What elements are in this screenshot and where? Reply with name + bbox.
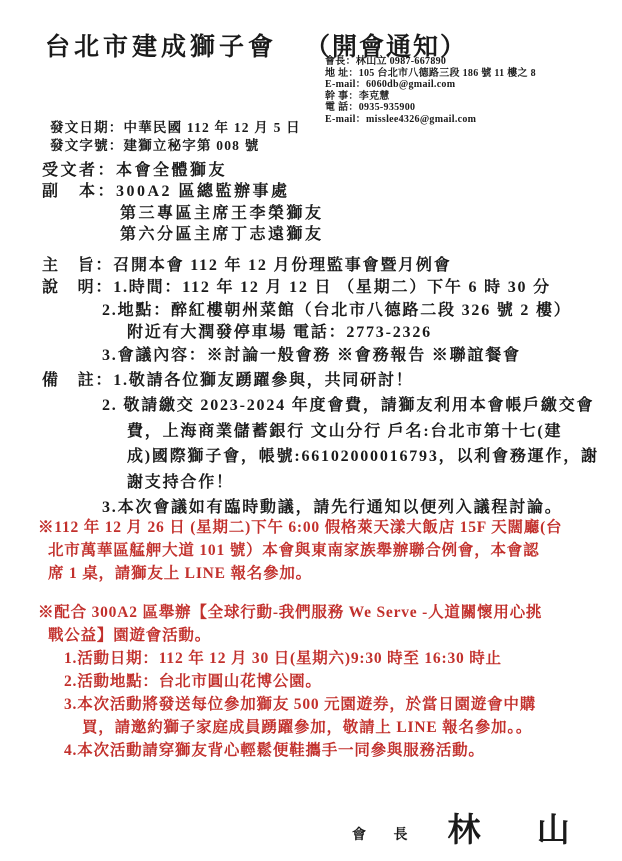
announcement-line: 戰公益】園遊會活動。: [48, 624, 542, 647]
subject-line: 主 旨：召開本會 112 年 12 月份理監事會暨月例會: [42, 255, 599, 277]
signature-name: 林 山 立: [448, 804, 622, 851]
contact-line-email2: E-mail：misslee4326@gmail.com: [325, 114, 536, 126]
explanation-line: 2.地點：醉紅樓朝州菜館（台北市八德路二段 326 號 2 樓）: [102, 300, 599, 322]
note-line: 2. 敬請繳交 2023-2024 年度會費，請獅友利用本會帳戶繳交會: [102, 395, 599, 417]
body-block: 主 旨：召開本會 112 年 12 月份理監事會暨月例會 說 明：1.時間：11…: [42, 255, 599, 519]
contact-line-email1: E-mail：6060db@gmail.com: [325, 79, 536, 91]
issue-info-block: 發文日期：中華民國 112 年 12 月 5 日 發文字號：建獅立秘字第 008…: [50, 119, 301, 154]
announcement-line: 1.活動日期：112 年 12 月 30 日(星期六)9:30 時至 16:30…: [64, 647, 542, 670]
explanation-line: 3.會議內容：※討論一般會務 ※會務報告 ※聯誼餐會: [102, 345, 599, 367]
meeting-notice-document: 台北市建成獅子會（開會通知） 會長：林山立 0987-667890 地 址：10…: [0, 0, 622, 861]
announcement-line: ※112 年 12 月 26 日 (星期二)下午 6:00 假格萊天漾大飯店 1…: [38, 516, 562, 539]
contact-line-address: 地 址：105 台北市八德路三段 186 號 11 樓之 8: [325, 68, 536, 80]
explanation-line: 說 明：1.時間：112 年 12 月 12 日 （星期二）下午 6 時 30 …: [42, 277, 599, 299]
issue-number-line: 發文字號：建獅立秘字第 008 號: [50, 137, 301, 155]
announcement-charity-fair: ※配合 300A2 區舉辦【全球行動-我們服務 We Serve -人道關懷用心…: [38, 601, 542, 762]
announcement-line: 2.活動地點：台北市圓山花博公園。: [64, 670, 542, 693]
signature-title: 會 長: [352, 824, 420, 851]
note-line: 費，上海商業儲蓄銀行 文山分行 戶名:台北市第十七(建: [127, 421, 599, 443]
signature-block: 會 長 林 山 立: [352, 804, 622, 851]
announcement-line: 買，請邀約獅子家庭成員踴躍參加，敬請上 LINE 報名參加。。: [82, 716, 542, 739]
cc-line: 第六分區主席丁志遠獅友: [120, 224, 324, 245]
cc-line: 副 本：300A2 區總監辦事處: [42, 181, 324, 202]
issue-date-line: 發文日期：中華民國 112 年 12 月 5 日: [50, 119, 301, 137]
announcement-line: 3.本次活動將發送每位參加獅友 500 元園遊券，於當日園遊會中購: [64, 693, 542, 716]
explanation-line: 附近有大潤發停車場 電話：2773-2326: [127, 322, 599, 344]
announcement-joint-meeting: ※112 年 12 月 26 日 (星期二)下午 6:00 假格萊天漾大飯店 1…: [38, 516, 562, 585]
club-name: 台北市建成獅子會: [45, 34, 277, 61]
recipients-block: 受文者：本會全體獅友 副 本：300A2 區總監辦事處 第三專區主席王李榮獅友 …: [42, 160, 324, 246]
contact-line-phone: 電 話：0935-935900: [325, 102, 536, 114]
note-line: 謝支持合作！: [127, 472, 599, 494]
announcement-line: 席 1 桌，請獅友上 LINE 報名參加。: [48, 562, 562, 585]
announcement-line: 北市萬華區艋舺大道 101 號）本會與東南家族舉辦聯合例會，本會認: [48, 539, 562, 562]
announcement-line: 4.本次活動請穿獅友背心輕鬆便鞋攜手一同參與服務活動。: [64, 739, 542, 762]
recipient-line: 受文者：本會全體獅友: [42, 160, 324, 181]
contact-line-secretary: 幹 事：李克慧: [325, 91, 536, 103]
cc-line: 第三專區主席王李榮獅友: [120, 203, 324, 224]
contact-info-block: 會長：林山立 0987-667890 地 址：105 台北市八德路三段 186 …: [325, 56, 536, 126]
announcement-line: ※配合 300A2 區舉辦【全球行動-我們服務 We Serve -人道關懷用心…: [38, 601, 542, 624]
contact-line-president: 會長：林山立 0987-667890: [325, 56, 536, 68]
note-line: 成)國際獅子會，帳號:66102000016793，以利會務運作，謝: [127, 446, 599, 468]
note-line: 備 註：1.敬請各位獅友踴躍參與，共同研討！: [42, 370, 599, 392]
